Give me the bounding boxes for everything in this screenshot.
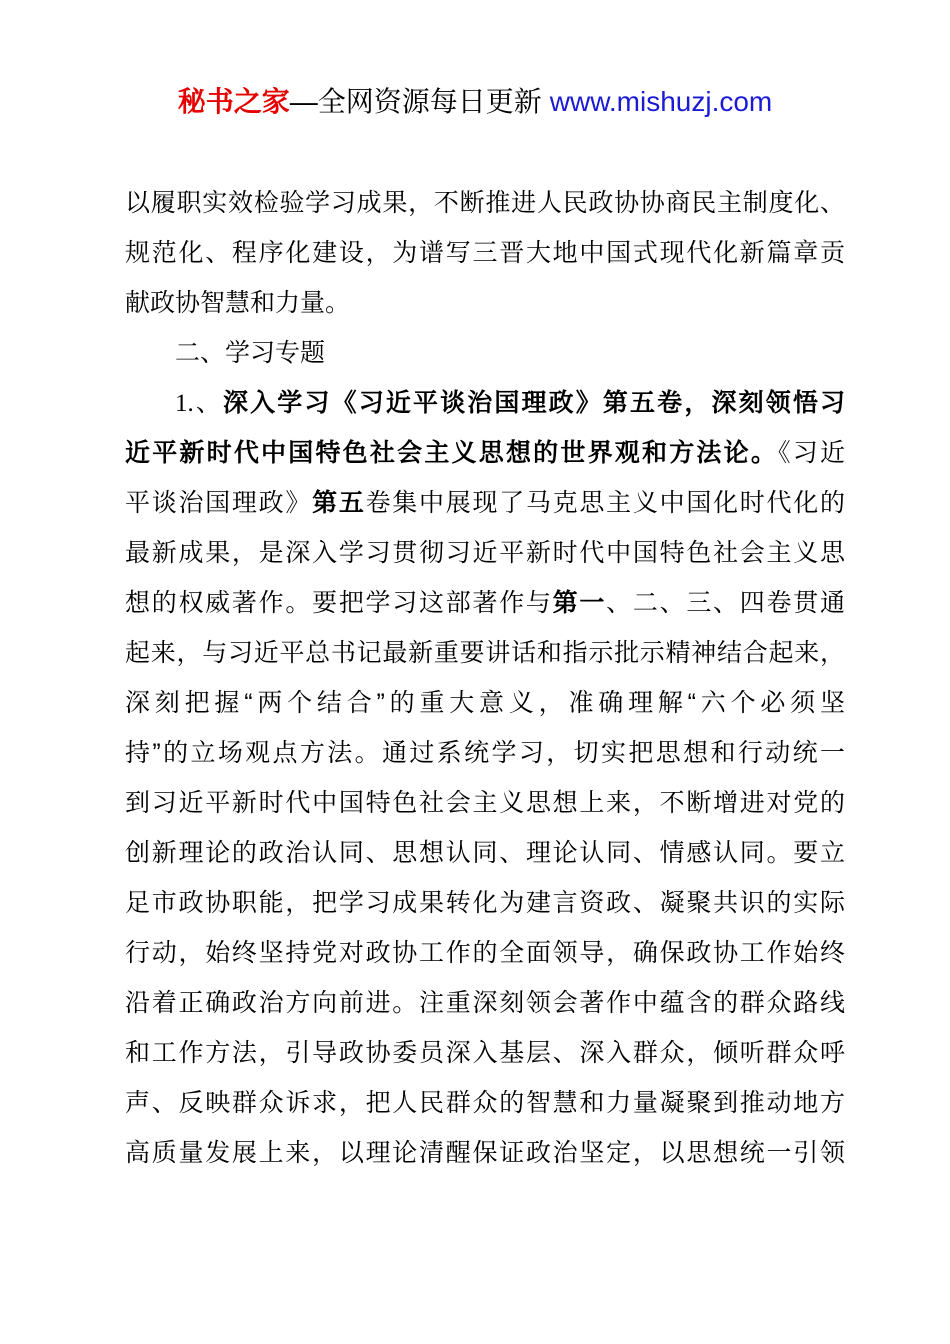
text-line: 以履职实效检验学习成果，不断推进人民政协协商民主制度化、: [125, 178, 845, 228]
text-segment: 卷集中展现了马克思主义中国化时代化的: [366, 489, 845, 517]
text-segment: 深入学习《习近平谈治国理政》第五卷，深刻领悟习: [223, 389, 845, 417]
text-line: 平谈治国理政》第五卷集中展现了马克思主义中国化时代化的: [125, 478, 845, 528]
text-segment: 声、反映群众诉求，把人民群众的智慧和力量凝聚到推动地方: [125, 1089, 845, 1117]
header-tagline: 全网资源每日更新: [318, 86, 542, 117]
text-segment: 想的权威著作。要把学习这部著作与: [125, 589, 553, 617]
text-segment: 到习近平新时代中国特色社会主义思想上来，不断增进对党的: [125, 789, 845, 817]
text-line: 献政协智慧和力量。: [125, 278, 845, 328]
text-line: 沿着正确政治方向前进。注重深刻领会著作中蕴含的群众路线: [125, 978, 845, 1028]
text-line: 创新理论的政治认同、思想认同、理论认同、情感认同。要立: [125, 828, 845, 878]
text-line: 近平新时代中国特色社会主义思想的世界观和方法论。《习近: [125, 428, 845, 478]
text-segment: 高质量发展上来，以理论清醒保证政治坚定，以思想统一引领: [125, 1139, 845, 1167]
text-line: 行动，始终坚持党对政协工作的全面领导，确保政协工作始终: [125, 928, 845, 978]
text-segment: 沿着正确政治方向前进。注重深刻领会著作中蕴含的群众路线: [125, 989, 845, 1017]
text-line: 1.、深入学习《习近平谈治国理政》第五卷，深刻领悟习: [125, 378, 845, 428]
text-line: 规范化、程序化建设，为谱写三晋大地中国式现代化新篇章贡: [125, 228, 845, 278]
header-separator-dash: —: [290, 86, 318, 117]
text-segment: 起来，与习近平总书记最新重要讲话和指示批示精神结合起来，: [125, 639, 845, 667]
text-segment: 以履职实效检验学习成果，不断推进人民政协协商民主制度化、: [125, 189, 845, 217]
text-segment: 、二、三、四卷贯通: [606, 589, 845, 617]
text-line: 最新成果，是深入学习贯彻习近平新时代中国特色社会主义思: [125, 528, 845, 578]
text-segment: 行动，始终坚持党对政协工作的全面领导，确保政协工作始终: [125, 939, 845, 967]
text-line: 想的权威著作。要把学习这部著作与第一、二、三、四卷贯通: [125, 578, 845, 628]
text-segment: 第一: [553, 589, 606, 617]
text-segment: 最新成果，是深入学习贯彻习近平新时代中国特色社会主义思: [125, 539, 845, 567]
text-line: 到习近平新时代中国特色社会主义思想上来，不断增进对党的: [125, 778, 845, 828]
text-line: 和工作方法，引导政协委员深入基层、深入群众，倾听群众呼: [125, 1028, 845, 1078]
text-segment: 足市政协职能，把学习成果转化为建言资政、凝聚共识的实际: [125, 889, 845, 917]
text-segment: 二、学习专题: [175, 339, 325, 367]
site-url-link[interactable]: www.mishuzj.com: [550, 86, 772, 117]
text-segment: 深刻把握“两个结合”的重大意义，准确理解“六个必须坚: [125, 689, 845, 717]
text-segment: 和工作方法，引导政协委员深入基层、深入群众，倾听群众呼: [125, 1039, 845, 1067]
text-segment: 创新理论的政治认同、思想认同、理论认同、情感认同。要立: [125, 839, 845, 867]
text-line: 足市政协职能，把学习成果转化为建言资政、凝聚共识的实际: [125, 878, 845, 928]
text-segment: 近平新时代中国特色社会主义思想的世界观和方法论。: [125, 439, 778, 467]
site-header: 秘书之家—全网资源每日更新www.mishuzj.com: [0, 84, 950, 120]
text-segment: 规范化、程序化建设，为谱写三晋大地中国式现代化新篇章贡: [125, 239, 845, 267]
text-segment: 第五: [312, 489, 365, 517]
text-line: 二、学习专题: [125, 328, 845, 378]
text-segment: 平谈治国理政》: [125, 489, 312, 517]
document-page: 秘书之家—全网资源每日更新www.mishuzj.com 以履职实效检验学习成果…: [0, 0, 950, 1344]
text-line: 高质量发展上来，以理论清醒保证政治坚定，以思想统一引领: [125, 1128, 845, 1178]
text-line: 深刻把握“两个结合”的重大意义，准确理解“六个必须坚: [125, 678, 845, 728]
text-segment: 《习近: [778, 439, 845, 467]
text-line: 起来，与习近平总书记最新重要讲话和指示批示精神结合起来，: [125, 628, 845, 678]
document-body: 以履职实效检验学习成果，不断推进人民政协协商民主制度化、规范化、程序化建设，为谱…: [125, 178, 845, 1178]
text-line: 持”的立场观点方法。通过系统学习，切实把思想和行动统一: [125, 728, 845, 778]
text-segment: 1.、: [175, 390, 223, 417]
text-segment: 持”的立场观点方法。通过系统学习，切实把思想和行动统一: [125, 739, 845, 767]
text-line: 声、反映群众诉求，把人民群众的智慧和力量凝聚到推动地方: [125, 1078, 845, 1128]
text-segment: 献政协智慧和力量。: [125, 289, 350, 317]
site-name: 秘书之家: [178, 86, 290, 117]
